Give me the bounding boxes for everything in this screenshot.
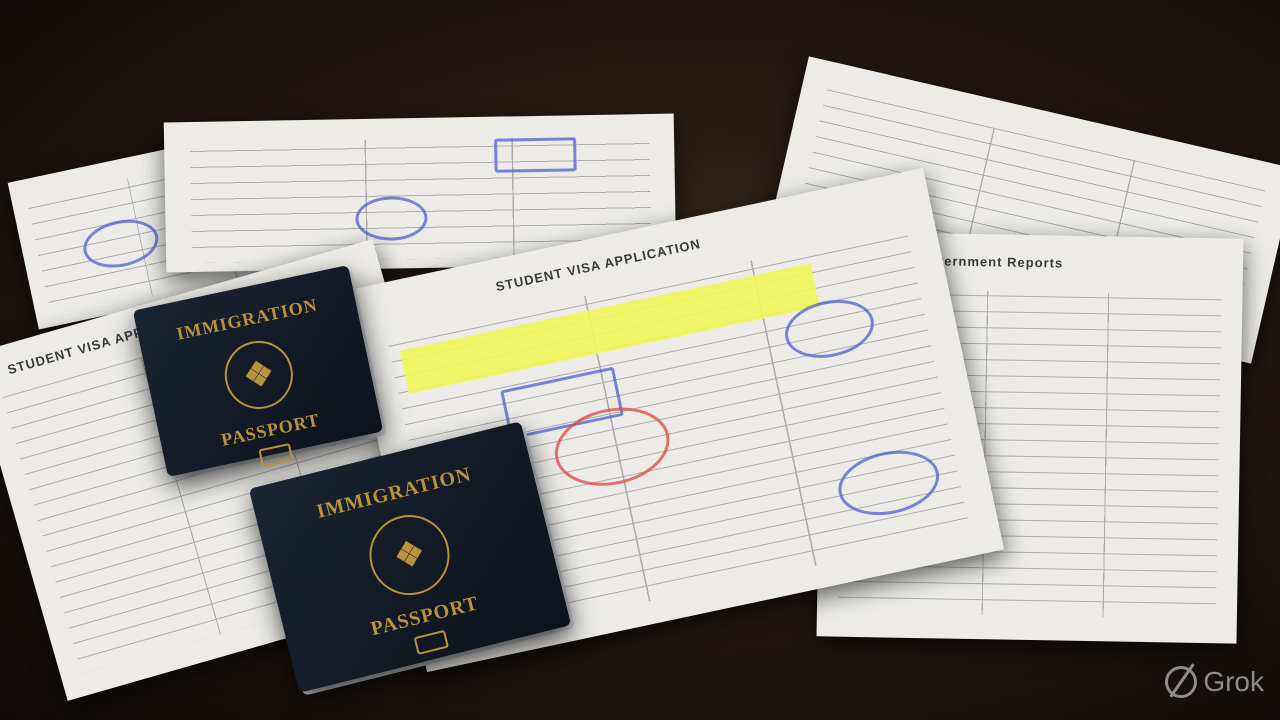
- biometric-chip-icon: [414, 630, 449, 655]
- watermark-text: Grok: [1203, 666, 1264, 698]
- eagle-seal-icon: ❖: [361, 507, 458, 604]
- eagle-seal-icon: ❖: [219, 335, 300, 416]
- grok-logo-icon: [1165, 666, 1197, 698]
- grok-watermark: Grok: [1165, 666, 1264, 698]
